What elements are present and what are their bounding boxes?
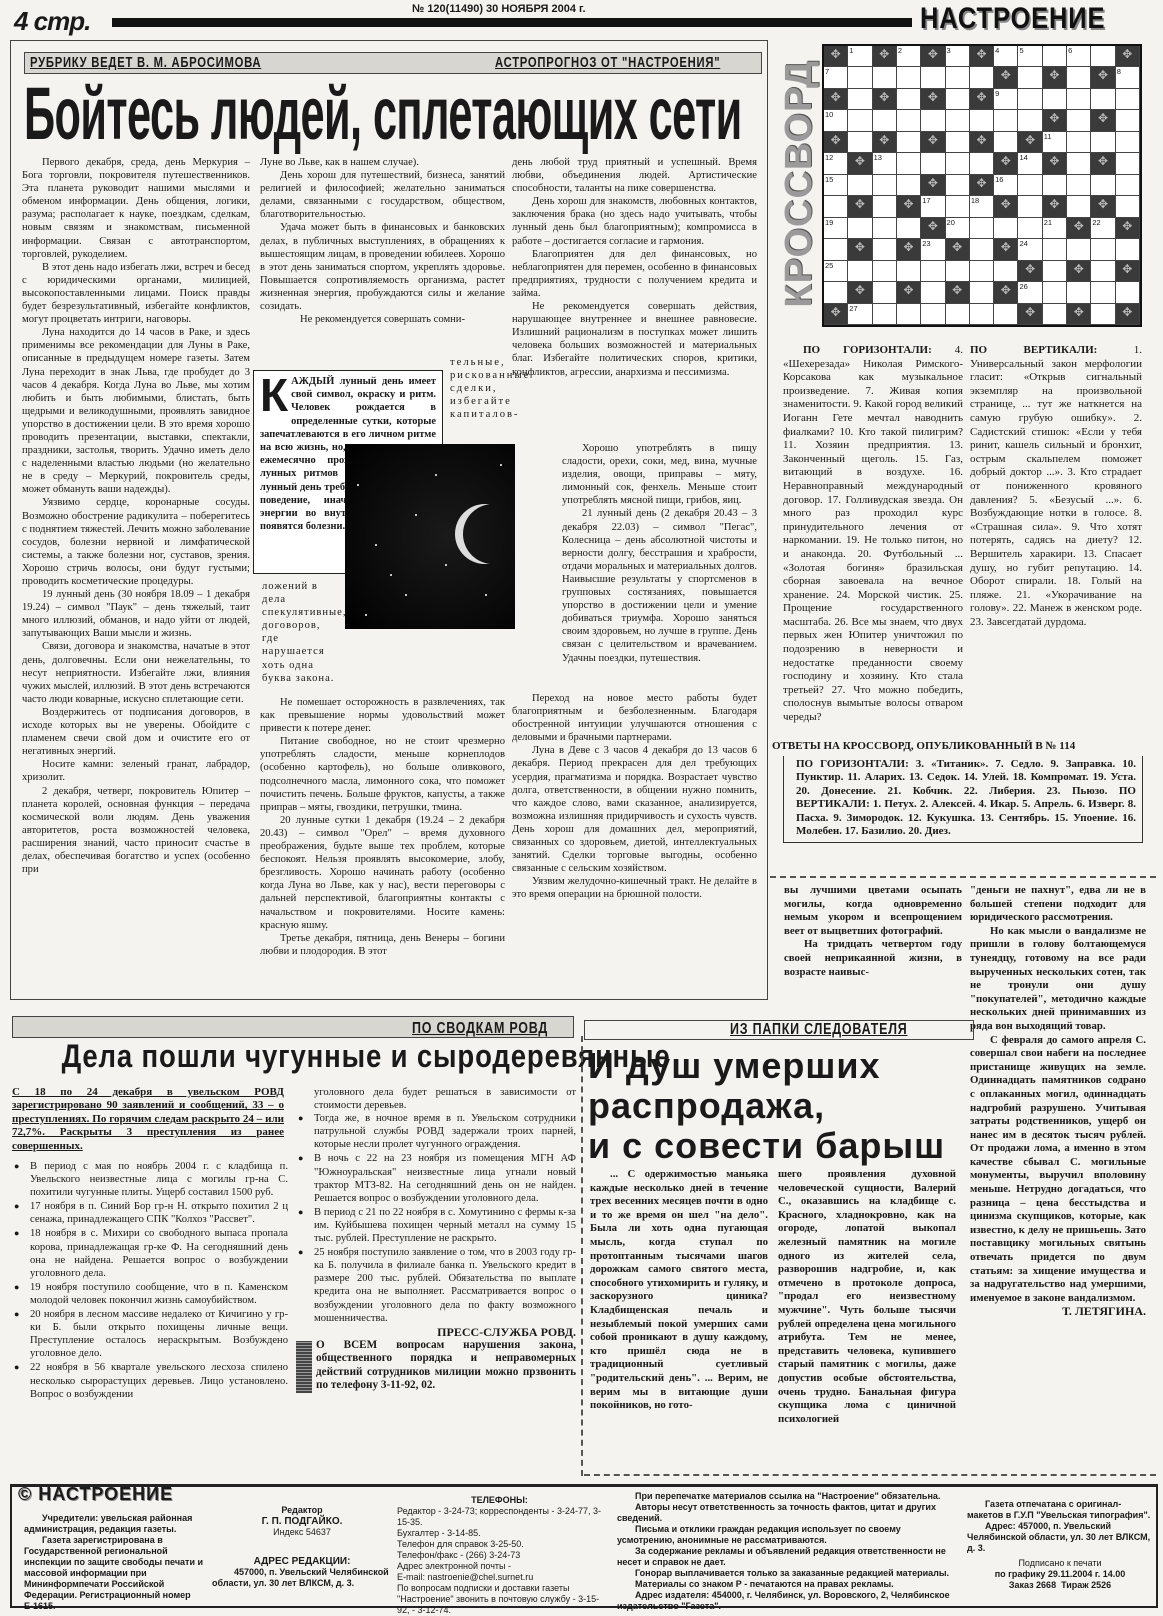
crossword-cell[interactable]: [897, 261, 921, 282]
crossword-block: [970, 89, 994, 110]
crossword-cell[interactable]: [824, 282, 848, 303]
crossword-cell[interactable]: [897, 153, 921, 174]
crossword-cell[interactable]: 3: [946, 46, 970, 67]
crossword-cell[interactable]: 14: [1018, 153, 1042, 174]
crossword-cell[interactable]: 19: [824, 218, 848, 239]
paragraph: Удача может быть в финансовых и банковск…: [260, 221, 505, 313]
incident-item: В период с 21 по 22 ноября в с. Хомутини…: [296, 1206, 576, 1245]
rovd-rubric: ПО СВОДКАМ РОВД: [412, 1020, 548, 1038]
crossword-clues-down: ПО ВЕРТИКАЛИ: 1. Универсальный закон мер…: [970, 344, 1142, 629]
crossword-cell[interactable]: [1018, 218, 1042, 239]
crossword-answers: ПО ГОРИЗОНТАЛИ: 3. «Титаник». 7. Седло. …: [783, 756, 1143, 843]
crossword-cell[interactable]: 16: [994, 175, 1018, 196]
crossword-cell[interactable]: [1116, 196, 1140, 217]
crossword-cell[interactable]: [994, 132, 1018, 153]
down-heading: ПО ВЕРТИКАЛИ:: [970, 344, 1097, 356]
paragraph: Связи, договора и знакомства, начатые в …: [22, 640, 250, 705]
crossword-cell[interactable]: 10: [824, 110, 848, 131]
crossword-block: [848, 239, 872, 260]
crossword-block: [921, 218, 945, 239]
crossword-cell[interactable]: 12: [824, 153, 848, 174]
rovd-column-2: уголовного дела будет решаться в зависим…: [296, 1086, 576, 1393]
crossword-cell[interactable]: [1091, 304, 1115, 325]
sled-column-2: шего проявления духовной человеческой су…: [778, 1168, 956, 1426]
crossword-cell[interactable]: [897, 304, 921, 325]
crossword-block: [1043, 110, 1067, 131]
crossword-cell[interactable]: [873, 196, 897, 217]
crossword-cell[interactable]: [970, 282, 994, 303]
crossword-cell[interactable]: 15: [824, 175, 848, 196]
crossword-cell[interactable]: [921, 261, 945, 282]
crossword-cell[interactable]: [1116, 175, 1140, 196]
crossword-block: [873, 89, 897, 110]
clue-number: 3: [947, 46, 951, 55]
crossword-block: [1116, 218, 1140, 239]
crossword-cell[interactable]: [848, 67, 872, 88]
incident-item: Тогда же, в ночное время в п. Увельском …: [296, 1112, 576, 1151]
clue-number: 25: [825, 261, 833, 270]
crossword-cell[interactable]: [1067, 175, 1091, 196]
crossword-cell[interactable]: [970, 218, 994, 239]
crossword-cell[interactable]: [1018, 89, 1042, 110]
crossword-cell[interactable]: 25: [824, 261, 848, 282]
crossword-block: [1116, 304, 1140, 325]
crossword-block: [994, 153, 1018, 174]
crossword-cell[interactable]: [970, 153, 994, 174]
crossword-block: [921, 175, 945, 196]
clue-number: 27: [849, 304, 857, 313]
crossword-cell[interactable]: [848, 110, 872, 131]
crossword-cell[interactable]: 22: [1091, 218, 1115, 239]
crossword-cell[interactable]: [1043, 282, 1067, 303]
crossword-block: [848, 196, 872, 217]
crossword-cell[interactable]: [1067, 153, 1091, 174]
crossword-cell[interactable]: [1043, 46, 1067, 67]
crossword-cell[interactable]: 17: [921, 196, 945, 217]
astro-column-2-wrap: тельные, рискованные сделки, избегайте к…: [450, 356, 510, 421]
crossword-cell[interactable]: 2: [897, 46, 921, 67]
crossword-cell[interactable]: [921, 153, 945, 174]
crossword-block: [970, 132, 994, 153]
crossword-block: [1116, 261, 1140, 282]
crossword-block: [1067, 261, 1091, 282]
divider: [581, 1036, 583, 1476]
paragraph: Первого декабря, среда, день Меркурия – …: [22, 156, 250, 261]
crossword-cell[interactable]: [873, 239, 897, 260]
crossword-cell[interactable]: [1067, 89, 1091, 110]
paragraph: В этот день надо избегать лжи, встреч и …: [22, 261, 250, 326]
clue-number: 22: [1092, 218, 1100, 227]
crossword-cell[interactable]: [873, 261, 897, 282]
crossword-cell[interactable]: [921, 304, 945, 325]
astro-column-2-bottom: Не помешает осторожность в развлечениях,…: [260, 696, 505, 958]
crossword-cell[interactable]: 9: [994, 89, 1018, 110]
paragraph: Уязвим желудочно-кишечный тракт. Не дела…: [512, 875, 757, 901]
crossword-cell[interactable]: [873, 282, 897, 303]
crossword-cell[interactable]: 26: [1018, 282, 1042, 303]
dropcap: [296, 1341, 312, 1393]
crossword-cell[interactable]: 13: [873, 153, 897, 174]
paragraph: День хорош для знакомств, любовных конта…: [512, 195, 757, 247]
crossword-cell[interactable]: 11: [1043, 132, 1067, 153]
crossword-cell[interactable]: [1067, 132, 1091, 153]
crossword-cell[interactable]: [1043, 261, 1067, 282]
crossword-cell[interactable]: [1091, 239, 1115, 260]
rovd-headline: Дела пошли чугунные и сыродеревянные: [62, 1038, 671, 1075]
astro-column-3-top: день любой труд приятный и успешный. Вре…: [512, 156, 757, 379]
incident-item: 20 ноября в лесном массиве недалеко от К…: [12, 1308, 288, 1360]
crossword-cell[interactable]: [970, 67, 994, 88]
crossword-block: [970, 175, 994, 196]
crossword-cell[interactable]: 21: [1043, 218, 1067, 239]
header-rule: [112, 18, 912, 27]
paragraph: Луне во Льве, как в нашем случае).: [260, 156, 505, 169]
crossword-block: [897, 282, 921, 303]
crossword-block: [1018, 132, 1042, 153]
paragraph: Третье декабря, пятница, день Венеры – б…: [260, 932, 505, 958]
crossword-cell[interactable]: [946, 153, 970, 174]
paragraph: Благоприятен для дел финансовых, но небл…: [512, 248, 757, 300]
crossword-block: [921, 132, 945, 153]
crossword-block: [824, 304, 848, 325]
crossword-cell[interactable]: 6: [1067, 46, 1091, 67]
paragraph: Носите камни: зеленый гранат, лабрадор, …: [22, 758, 250, 784]
crossword-block: [921, 89, 945, 110]
press-service-signoff: ПРЕСС-СЛУЖБА РОВД.: [296, 1326, 576, 1339]
crossword-block: [1067, 304, 1091, 325]
crossword-cell[interactable]: [970, 304, 994, 325]
crossword-cell[interactable]: [897, 89, 921, 110]
crossword-block: [921, 46, 945, 67]
crossword-cell[interactable]: [994, 218, 1018, 239]
legal-notices: При перепечатке материалов ссылка на "На…: [617, 1491, 957, 1612]
dropcap: К: [260, 375, 288, 415]
across-heading: ПО ГОРИЗОНТАЛИ:: [803, 344, 932, 356]
crossword-cell[interactable]: [946, 132, 970, 153]
astro-headline: Бойтесь людей, сплетающих сети: [24, 74, 742, 154]
clue-number: 16: [995, 175, 1003, 184]
crossword-cell[interactable]: [921, 110, 945, 131]
crossword-cell[interactable]: [1091, 89, 1115, 110]
rubric-author: РУБРИКУ ВЕДЕТ В. М. АБРОСИМОВА: [30, 54, 261, 71]
crossword-cell[interactable]: [873, 110, 897, 131]
paragraph: Луна в Деве с 3 часов 4 декабря до 13 ча…: [512, 744, 757, 875]
rubric-section: АСТРОПРОГНОЗ ОТ "НАСТРОЕНИЯ": [495, 54, 720, 71]
incident-item: 18 ноября в с. Михири со свободного выпа…: [12, 1227, 288, 1279]
crossword-cell[interactable]: [1116, 239, 1140, 260]
crossword-cell[interactable]: [873, 218, 897, 239]
incident-item: 19 ноября поступило сообщение, что в п. …: [12, 1281, 288, 1307]
crossword-cell[interactable]: [946, 261, 970, 282]
crossword-cell[interactable]: [1018, 175, 1042, 196]
rovd-column-1: В период с мая по ноябрь 2004 г. с кладб…: [12, 1160, 288, 1402]
crossword-cell[interactable]: [897, 110, 921, 131]
printer-info: Газета отпечатана с оригинал-макетов в Г…: [967, 1499, 1153, 1591]
astro-column-3-bottom: Переход на новое место работы будет благ…: [512, 692, 757, 902]
crossword-block: [824, 46, 848, 67]
crossword-cell[interactable]: [946, 89, 970, 110]
crossword-cell[interactable]: [848, 132, 872, 153]
crossword-cell[interactable]: [848, 261, 872, 282]
issue-info: № 120(11490) 30 НОЯБРЯ 2004 г.: [412, 3, 586, 15]
paragraph: 2 декабря, четверг, покровитель Юпитер –…: [22, 785, 250, 877]
crossword-cell[interactable]: [946, 196, 970, 217]
incident-item: В период с мая по ноябрь 2004 г. с кладб…: [12, 1160, 288, 1199]
crossword-cell[interactable]: [1116, 153, 1140, 174]
crossword-cell[interactable]: 1: [848, 46, 872, 67]
phones-info: ТЕЛЕФОНЫ: Редактор - 3-24-73; корреспонд…: [397, 1495, 602, 1616]
paragraph: Воздержитесь от подписания договоров, в …: [22, 706, 250, 758]
sled-rubric: ИЗ ПАПКИ СЛЕДОВАТЕЛЯ: [730, 1021, 908, 1039]
crossword-cell[interactable]: [1018, 110, 1042, 131]
police-contact-note: О ВСЕМ вопросам нарушения закона, общест…: [296, 1339, 576, 1393]
crossword-block: [848, 153, 872, 174]
clue-number: 4: [995, 46, 999, 55]
sled-column-1: ... С одержимостью маньяка каждые нескол…: [590, 1168, 768, 1413]
crossword-cell[interactable]: [1043, 304, 1067, 325]
night-sky-photo: [345, 444, 515, 629]
crossword-cell[interactable]: [848, 175, 872, 196]
paragraph: Луна находится до 14 часов в Раке, и зде…: [22, 326, 250, 496]
moon-icon: [455, 504, 515, 564]
crossword-cell[interactable]: 7: [824, 67, 848, 88]
clue-number: 26: [1019, 282, 1027, 291]
crossword-grid[interactable]: 1234567891011121314151617181920212223242…: [822, 44, 1142, 327]
crossword-block: [1018, 261, 1042, 282]
crossword-clues-across: ПО ГОРИЗОНТАЛИ: 4. «Шехерезада» Николая …: [783, 344, 963, 725]
crossword-cell[interactable]: [946, 175, 970, 196]
crossword-cell[interactable]: [897, 67, 921, 88]
crossword-cell[interactable]: [1116, 132, 1140, 153]
crossword-block: [848, 282, 872, 303]
crossword-block: [970, 46, 994, 67]
crossword-block: [1067, 218, 1091, 239]
paragraph: Уязвимо сердце, коронарные сосуды. Возмо…: [22, 496, 250, 588]
rovd-lead: С 18 по 24 декабря в увельском РОВД заре…: [12, 1086, 284, 1153]
clue-number: 7: [825, 67, 829, 76]
clue-number: 5: [1019, 46, 1023, 55]
crossword-cell[interactable]: 24: [1018, 239, 1042, 260]
sled-headline: И душ умерших распродажа, и с совести ба…: [588, 1046, 945, 1166]
clue-number: 14: [1019, 153, 1027, 162]
clue-number: 19: [825, 218, 833, 227]
crossword-cell[interactable]: [994, 304, 1018, 325]
crossword-block: [1116, 46, 1140, 67]
clue-number: 23: [922, 239, 930, 248]
crossword-cell[interactable]: [1067, 67, 1091, 88]
clue-number: 6: [1068, 46, 1072, 55]
paragraph: день любой труд приятный и успешный. Вре…: [512, 156, 757, 195]
paragraph: Не помешает осторожность в развлечениях,…: [260, 696, 505, 735]
clue-number: 21: [1044, 218, 1052, 227]
clue-number: 13: [874, 153, 882, 162]
divider: [584, 1474, 1156, 1476]
crossword-cell[interactable]: [970, 239, 994, 260]
crossword-block: [1091, 67, 1115, 88]
crossword-block: [897, 239, 921, 260]
clue-number: 17: [922, 196, 930, 205]
crossword-cell[interactable]: [994, 261, 1018, 282]
crossword-label: КРОССВОРД: [778, 60, 806, 340]
imprint-footer: © НАСТРОЕНИЕ Учредители: увельская район…: [10, 1484, 1158, 1608]
sled-column-top-1: вы лучшими цветами осыпать могилы, когда…: [784, 884, 962, 979]
crossword-cell[interactable]: [873, 67, 897, 88]
clue-number: 15: [825, 175, 833, 184]
crossword-cell[interactable]: [824, 196, 848, 217]
crossword-cell[interactable]: [1116, 110, 1140, 131]
author-signature: Т. ЛЕТЯГИНА.: [970, 1305, 1146, 1319]
paragraph: 20 лунные сутки 1 декабря (19.24 – 2 дек…: [260, 814, 505, 932]
crossword-block: [824, 89, 848, 110]
crossword-block: [1043, 67, 1067, 88]
paragraph: Питание свободное, но не стоит чрезмерно…: [260, 735, 505, 814]
crossword-cell[interactable]: 18: [970, 196, 994, 217]
clue-number: 8: [1117, 67, 1121, 76]
crossword-cell[interactable]: [897, 175, 921, 196]
crossword-cell[interactable]: 4: [994, 46, 1018, 67]
crossword-block: [1043, 153, 1067, 174]
clue-number: 11: [1044, 132, 1052, 141]
crossword-block: [824, 132, 848, 153]
clue-number: 18: [971, 196, 979, 205]
clue-number: 10: [825, 110, 833, 119]
crossword-cell[interactable]: [1091, 46, 1115, 67]
crossword-cell[interactable]: [1067, 239, 1091, 260]
crossword-cell[interactable]: [1043, 239, 1067, 260]
crossword-block: [946, 239, 970, 260]
crossword-cell[interactable]: [1043, 175, 1067, 196]
clue-number: 24: [1019, 239, 1027, 248]
incident-item: 22 ноября в 56 квартале увельского лесхо…: [12, 1361, 288, 1400]
crossword-block: [1091, 153, 1115, 174]
crossword-cell[interactable]: [1091, 132, 1115, 153]
clue-number: 2: [898, 46, 902, 55]
paragraph: 19 лунный день (30 ноября 18.09 – 1 дека…: [22, 588, 250, 640]
astro-column-3-wrap: Хорошо употреблять в пищу сладости, орех…: [562, 442, 757, 665]
crossword-block: [873, 46, 897, 67]
crossword-cell[interactable]: [1091, 175, 1115, 196]
crossword-cell[interactable]: [921, 282, 945, 303]
crossword-block: [1043, 196, 1067, 217]
astro-column-2-top: Луне во Льве, как в нашем случае). День …: [260, 156, 505, 326]
crossword-cell[interactable]: 5: [1018, 46, 1042, 67]
footer-logo: © НАСТРОЕНИЕ: [18, 1489, 173, 1500]
crossword-cell[interactable]: [921, 67, 945, 88]
crossword-cell[interactable]: [1067, 196, 1091, 217]
crossword-cell[interactable]: [946, 304, 970, 325]
crossword-cell[interactable]: [1091, 261, 1115, 282]
crossword-cell[interactable]: [873, 175, 897, 196]
crossword-cell[interactable]: [848, 89, 872, 110]
clue-number: 12: [825, 153, 833, 162]
paragraph: Не рекомендуется совершать действия, нар…: [512, 300, 757, 379]
crossword-cell[interactable]: [1091, 282, 1115, 303]
sled-column-top-2: "деньги не пахнут", едва ли не в большей…: [970, 884, 1146, 1319]
paragraph: Переход на новое место работы будет благ…: [512, 692, 757, 744]
crossword-cell[interactable]: 27: [848, 304, 872, 325]
crossword-cell[interactable]: [1116, 89, 1140, 110]
crossword-cell[interactable]: [897, 218, 921, 239]
page-number: 4 стр.: [14, 6, 90, 37]
crossword-cell[interactable]: [1067, 110, 1091, 131]
crossword-cell[interactable]: 20: [946, 218, 970, 239]
paragraph: День хорош для путешествий, бизнеса, зан…: [260, 169, 505, 221]
paragraph: 21 лунный день (2 декабря 20.43 – 3 дека…: [562, 507, 757, 664]
crossword-cell[interactable]: [1018, 67, 1042, 88]
clue-number: 9: [995, 89, 999, 98]
incident-item: 25 ноября поступило заявление о том, что…: [296, 1246, 576, 1325]
incident-item: В ночь с 22 на 23 ноября из помещения МГ…: [296, 1152, 576, 1204]
crossword-block: [994, 239, 1018, 260]
clue-number: 20: [947, 218, 955, 227]
crossword-cell[interactable]: [970, 110, 994, 131]
clue-number: 1: [849, 46, 853, 55]
crossword-block: [1091, 110, 1115, 131]
crossword-cell[interactable]: 8: [1116, 67, 1140, 88]
crossword-block: [897, 196, 921, 217]
divider: [770, 876, 1156, 878]
crossword-cell[interactable]: [873, 304, 897, 325]
crossword-cell[interactable]: [1043, 89, 1067, 110]
answers-heading: ОТВЕТЫ НА КРОССВОРД, ОПУБЛИКОВАННЫЙ В № …: [772, 740, 1075, 752]
crossword-block: [946, 282, 970, 303]
crossword-block: [873, 132, 897, 153]
crossword-cell[interactable]: [970, 261, 994, 282]
crossword-block: [994, 196, 1018, 217]
crossword-cell[interactable]: [824, 239, 848, 260]
crossword-cell[interactable]: [897, 132, 921, 153]
crossword-cell[interactable]: [946, 110, 970, 131]
crossword-block: [994, 67, 1018, 88]
paragraph: Хорошо употреблять в пищу сладости, орех…: [562, 442, 757, 507]
incident-item: 17 ноября в п. Синий Бор гр-н Н. открыто…: [12, 1200, 288, 1226]
crossword-block: [994, 282, 1018, 303]
editor-info: Редактор Г. П. ПОДГАЙКО. Индекс 54637 АД…: [212, 1505, 392, 1589]
masthead: НАСТРОЕНИЕ: [920, 2, 1105, 36]
crossword-cell[interactable]: [1067, 282, 1091, 303]
crossword-cell[interactable]: [1018, 196, 1042, 217]
crossword-block: [1018, 304, 1042, 325]
astro-column-2-wrap-lower: ложений в дела спекулятивные, договоров,…: [262, 580, 340, 685]
crossword-cell[interactable]: 23: [921, 239, 945, 260]
crossword-block: [1091, 196, 1115, 217]
founders-info: Учредители: увельская районная администр…: [24, 1513, 204, 1612]
crossword-cell[interactable]: [946, 67, 970, 88]
crossword-cell[interactable]: [848, 218, 872, 239]
crossword-cell[interactable]: [994, 110, 1018, 131]
astro-column-1: Первого декабря, среда, день Меркурия – …: [22, 156, 250, 876]
crossword-cell[interactable]: [1116, 282, 1140, 303]
